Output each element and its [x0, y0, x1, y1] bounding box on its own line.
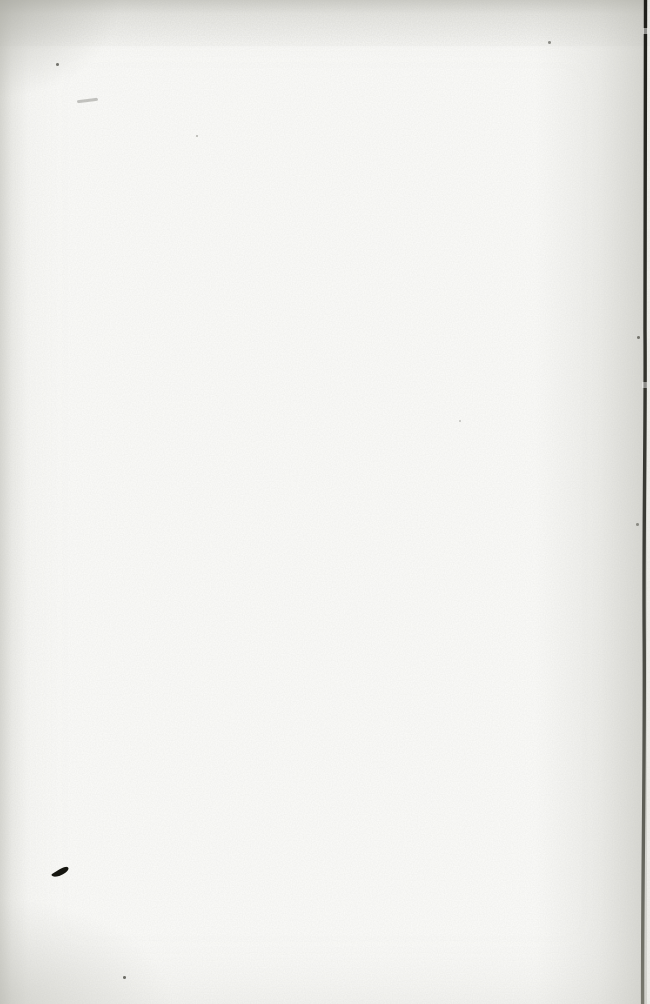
scan-noise-texture — [0, 0, 650, 1004]
scan-artifacts-layer — [0, 0, 650, 1004]
top-band-noise-texture — [0, 0, 650, 46]
scanned-blank-page — [0, 0, 650, 1004]
